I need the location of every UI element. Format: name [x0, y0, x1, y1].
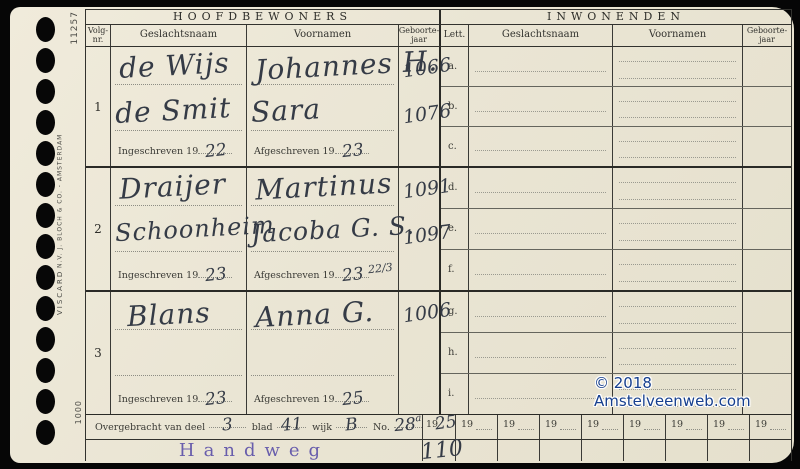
deel-value: 3: [209, 427, 246, 428]
letter-label: f.: [448, 264, 455, 275]
stock-number: 1000: [74, 400, 83, 424]
header-geslachtsnaam-right: Geslachtsnaam: [469, 25, 613, 47]
header-lett: Lett.: [441, 25, 469, 47]
inwonende-row-d: d.: [441, 168, 791, 209]
inwonende-row-g: g.: [441, 292, 791, 333]
inwonende-row-f: f.: [441, 250, 791, 290]
surname-cell: de Wijs de Smit Ingeschreven 19 22: [111, 47, 247, 165]
ingeschreven-field: Ingeschreven 19 23: [118, 387, 257, 407]
handwritten-year-out: 23: [341, 264, 365, 286]
header-geboortejaar-left: Geboorte- jaar: [399, 25, 441, 47]
brand-name: VISCARD: [56, 270, 64, 315]
handwritten-surname: de Wijs: [118, 47, 230, 86]
handwritten-firstnames: Anna G.: [254, 295, 375, 334]
firstnames-cell: Martinus Jacoba G. S. Afgeschreven 19 23…: [247, 168, 399, 290]
resident-row-2: 2 Draijer Schoonheim Ingeschreven 19 23 …: [86, 168, 791, 292]
handwritten-year-in: 23: [204, 388, 228, 410]
volgnr-cell: 2: [86, 168, 111, 290]
punch-hole: [36, 327, 55, 352]
afgeschreven-field: Afgeschreven 19 25: [254, 387, 396, 407]
volgnr-value: 3: [86, 346, 110, 360]
street-name-stamp: Handweg: [179, 440, 329, 461]
year-cell: 19: [624, 415, 666, 439]
section-titles-row: HOOFDBEWONERS INWONENDEN: [86, 10, 791, 25]
overgebracht-row: Overgebracht van deel 3 blad 41 wijk B N…: [86, 415, 791, 440]
resident-row-1: 1 de Wijs de Smit Ingeschreven 19 22 Joh…: [86, 47, 791, 167]
punch-hole: [36, 296, 55, 321]
handwritten-firstnames: Sara: [250, 93, 322, 130]
letter-label: c.: [448, 141, 457, 152]
surname-cell: Draijer Schoonheim Ingeschreven 19 23: [111, 168, 247, 290]
punch-hole: [36, 172, 55, 197]
header-geboortejaar-right: Geboorte- jaar: [743, 25, 791, 47]
punch-hole: [36, 17, 55, 42]
house-number-cell: 110: [423, 440, 456, 461]
afgeschreven-field: Afgeschreven 19 23 22/3: [254, 263, 421, 283]
ingeschreven-field: Ingeschreven 19 23: [118, 263, 257, 283]
header-geslachtsnaam-left: Geslachtsnaam: [111, 25, 247, 47]
afgeschreven-field: Afgeschreven 19 23: [254, 139, 396, 159]
year-cell: 19: [666, 415, 708, 439]
punch-hole: [36, 110, 55, 135]
punch-hole: [36, 203, 55, 228]
wijk-value: B: [336, 427, 367, 428]
handwritten-year-in: 22: [204, 140, 228, 162]
inwonende-row-c: c.: [441, 127, 791, 166]
volgnr-value: 2: [86, 222, 110, 236]
handwritten-house-number: 110: [420, 436, 464, 465]
firstnames-cell: Anna G. Afgeschreven 19 25: [247, 292, 399, 414]
year-cell: 19: [498, 415, 540, 439]
inwonende-row-e: e.: [441, 209, 791, 250]
handwritten-firstnames: Martinus: [254, 166, 393, 206]
punch-hole: [36, 265, 55, 290]
year-cell: 19: [582, 415, 624, 439]
printer-address: N.V. J. BLOCH & CO. - AMSTERDAM: [57, 133, 64, 267]
punch-hole: [36, 389, 55, 414]
volgnr-cell: 1: [86, 47, 111, 165]
year-cell: 19: [750, 415, 791, 439]
letter-label: h.: [448, 347, 458, 358]
handwritten-year-out: 23: [341, 140, 365, 162]
inwonenden-rows-group: a. b. c.: [441, 47, 791, 165]
volgnr-value: 1: [86, 100, 110, 114]
printer-imprint: VISCARD N.V. J. BLOCH & CO. - AMSTERDAM: [56, 165, 64, 315]
overgebracht-year-cell: 19 25: [423, 415, 456, 439]
year-cell: 19: [456, 415, 498, 439]
street-stamp-cell: Handweg: [86, 440, 423, 461]
punch-hole: [36, 48, 55, 73]
inwonende-row-h: h.: [441, 333, 791, 374]
ingeschreven-field: Ingeschreven 19 22: [118, 139, 257, 159]
letter-label: i.: [448, 388, 454, 399]
birthyear-cell: 1066 1076: [399, 47, 441, 165]
title-inwonenden: INWONENDEN: [441, 10, 791, 24]
handwritten-surname: de Smit: [114, 91, 232, 130]
year-cell: 19: [708, 415, 750, 439]
birthyear-cell: 1006: [399, 292, 441, 414]
punch-hole: [36, 234, 55, 259]
column-headers-row: Volg- nr. Geslachtsnaam Voornamen Geboor…: [86, 25, 791, 48]
punch-hole: [36, 79, 55, 104]
overgebracht-field: Overgebracht van deel 3 blad 41 wijk B N…: [86, 415, 423, 439]
year-cell: 19: [540, 415, 582, 439]
blad-value: 41: [277, 427, 307, 428]
inwonende-row-b: b.: [441, 87, 791, 127]
punch-hole: [36, 420, 55, 445]
handwritten-year-in: 23: [204, 264, 228, 286]
volgnr-cell: 3: [86, 292, 111, 414]
punch-hole: [36, 141, 55, 166]
handwritten-surname: Blans: [126, 296, 211, 333]
title-hoofdbewoners: HOOFDBEWONERS: [86, 10, 441, 24]
inwonenden-rows-group: d. e. f.: [441, 168, 791, 290]
birthyear-cell: 1091 1097: [399, 168, 441, 290]
inwonende-row-a: a.: [441, 47, 791, 87]
header-voornamen-right: Voornamen: [613, 25, 743, 47]
handwritten-firstnames: Jacoba G. S.: [250, 211, 415, 249]
firstnames-cell: Johannes H. Sara Afgeschreven 19 23: [247, 47, 399, 165]
street-row: Handweg 110: [86, 440, 791, 461]
header-voornamen-left: Voornamen: [247, 25, 399, 47]
handwritten-year-out: 25: [341, 388, 365, 410]
punch-hole: [36, 358, 55, 383]
header-volgnr: Volg- nr.: [86, 25, 111, 47]
handwritten-date-extra: 22/3: [368, 261, 394, 277]
copyright-watermark: © 2018 Amstelveenweb.com: [594, 374, 800, 410]
surname-cell: Blans Ingeschreven 19 23: [111, 292, 247, 414]
handwritten-year: 25: [434, 412, 458, 435]
huisnummer-value: 28a: [394, 427, 422, 428]
handwritten-surname: Draijer: [118, 167, 227, 206]
card-serial-number: 11257: [70, 11, 80, 45]
